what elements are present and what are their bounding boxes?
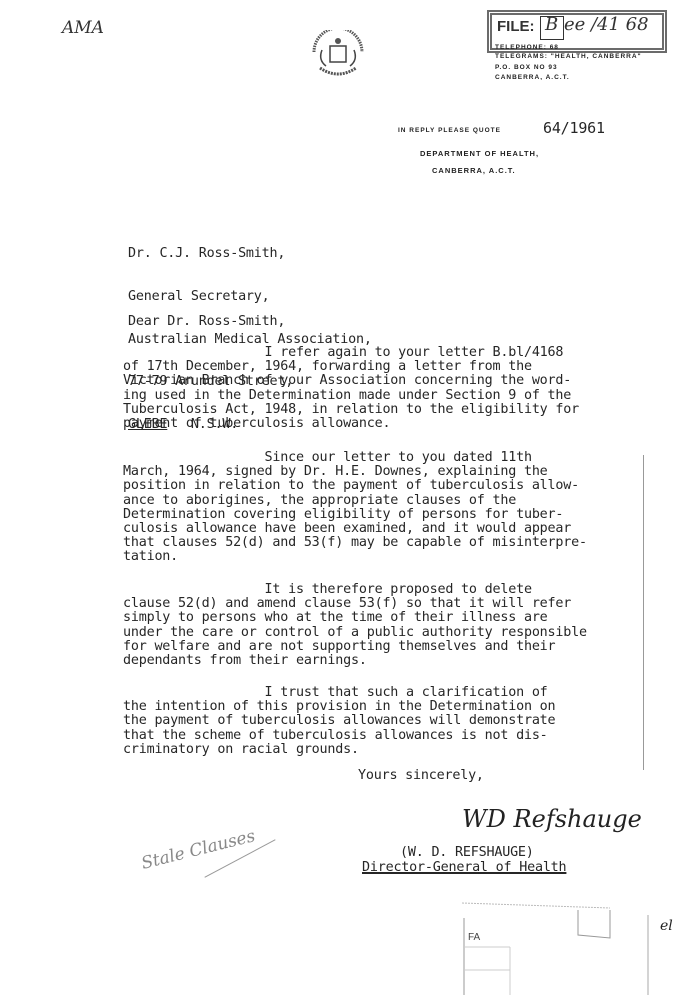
paragraph-line: I trust that such a clarification of bbox=[123, 686, 555, 700]
commonwealth-crest-icon bbox=[308, 30, 368, 80]
paragraph-line: position in relation to the payment of t… bbox=[123, 479, 587, 493]
paragraph-line: dependants from their earnings. bbox=[123, 654, 587, 668]
addressee-name: Dr. C.J. Ross-Smith, bbox=[128, 247, 372, 261]
handwritten-ama-note: AMA bbox=[62, 18, 104, 38]
paragraph-line: tation. bbox=[123, 550, 587, 564]
paragraph-1: I refer again to your letter B.bl/4168of… bbox=[123, 346, 579, 431]
file-label: FILE: bbox=[497, 18, 535, 35]
paragraph-line: payment of tuberculosis allowance. bbox=[123, 417, 579, 431]
reply-quote-label: IN REPLY PLEASE QUOTE bbox=[398, 127, 501, 134]
paragraph-line: simply to persons who at the time of the… bbox=[123, 611, 587, 625]
paragraph-line: Tuberculosis Act, 1948, in relation to t… bbox=[123, 403, 579, 417]
paragraph-line: clause 52(d) and amend clause 53(f) so t… bbox=[123, 597, 587, 611]
signatory-title: Director-General of Health bbox=[362, 861, 566, 875]
paragraph-line: under the care or control of a public au… bbox=[123, 626, 587, 640]
paragraph-line: Since our letter to you dated 11th bbox=[123, 451, 587, 465]
signature: WD Refshauge bbox=[462, 805, 642, 833]
letterhead-city: CANBERRA, A.C.T. bbox=[495, 74, 570, 81]
paragraph-line: Victorian Branch of your Association con… bbox=[123, 374, 579, 388]
paragraph-line: It is therefore proposed to delete bbox=[123, 583, 587, 597]
paragraph-line: the intention of this provision in the D… bbox=[123, 700, 555, 714]
department-city: CANBERRA, A.C.T. bbox=[432, 166, 516, 175]
paragraph-4: I trust that such a clarification ofthe … bbox=[123, 686, 555, 757]
reference-number: 64/1961 bbox=[543, 121, 605, 135]
paragraph-3: It is therefore proposed to deleteclause… bbox=[123, 583, 587, 668]
paragraph-2: Since our letter to you dated 11thMarch,… bbox=[123, 451, 587, 565]
margin-note-stale-clauses: Stale Clauses bbox=[139, 826, 257, 874]
paragraph-line: criminatory on racial grounds. bbox=[123, 743, 555, 757]
paragraph-line: the payment of tuberculosis allowances w… bbox=[123, 714, 555, 728]
addressee-title: General Secretary, bbox=[128, 290, 372, 304]
paragraph-line: Determination covering eligibility of pe… bbox=[123, 508, 587, 522]
paragraph-line: that the scheme of tuberculosis allowanc… bbox=[123, 729, 555, 743]
routing-slip bbox=[460, 900, 655, 995]
paragraph-line: that clauses 52(d) and 53(f) may be capa… bbox=[123, 536, 587, 550]
file-number-handwritten: B ee /41 68 bbox=[545, 14, 649, 35]
paragraph-line: culosis allowance have been examined, an… bbox=[123, 522, 587, 536]
paragraph-line: ance to aborigines, the appropriate clau… bbox=[123, 494, 587, 508]
department-name: DEPARTMENT OF HEALTH, bbox=[420, 149, 539, 158]
paragraph-line: March, 1964, signed by Dr. H.E. Downes, … bbox=[123, 465, 587, 479]
margin-pencil-line bbox=[643, 455, 644, 770]
slip-label-fa: FA bbox=[468, 932, 480, 943]
paragraph-line: I refer again to your letter B.bl/4168 bbox=[123, 346, 579, 360]
telegrams-line: TELEGRAMS: "HEALTH, CANBERRA" bbox=[495, 53, 642, 60]
signatory-name: (W. D. REFSHAUGE) bbox=[400, 846, 534, 860]
po-box-line: P.O. BOX NO 93 bbox=[495, 64, 558, 71]
paragraph-line: of 17th December, 1964, forwarding a let… bbox=[123, 360, 579, 374]
telephone-line: TELEPHONE: 68 bbox=[495, 44, 559, 51]
closing: Yours sincerely, bbox=[358, 769, 484, 783]
salutation: Dear Dr. Ross-Smith, bbox=[128, 315, 285, 329]
paragraph-line: ing used in the Determination made under… bbox=[123, 389, 579, 403]
paragraph-line: for welfare and are not supporting thems… bbox=[123, 640, 587, 654]
slip-initials: el bbox=[660, 918, 673, 934]
